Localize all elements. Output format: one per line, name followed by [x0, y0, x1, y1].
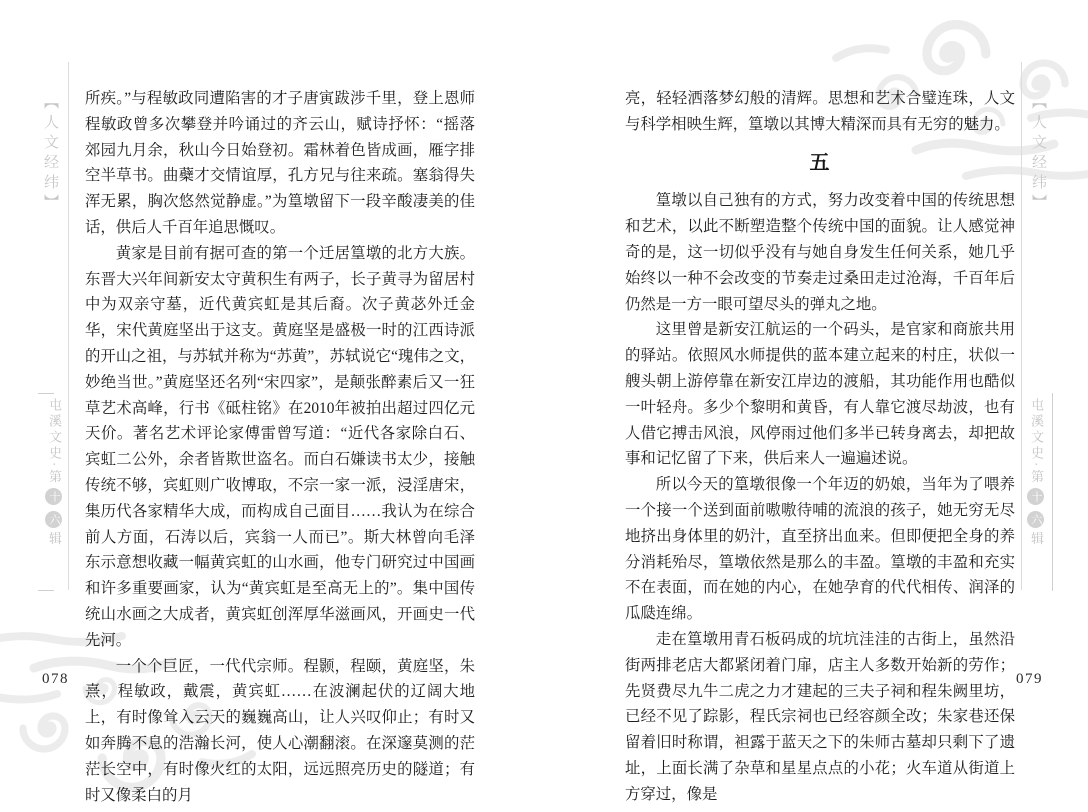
paragraph: 一个个巨匠，一代代宗师。程颢，程颐，黄庭坚，朱熹，程敏政，戴震，黄宾虹……在波澜…	[85, 654, 475, 809]
volume-circled-char: 六	[45, 511, 62, 528]
paragraph: 这里曾是新安江航运的一个码头，是官家和商旅共用的驿站。依照风水师提供的蓝本建立起…	[625, 317, 1015, 472]
paragraph: 走在篁墩用青石板码成的坑坑洼洼的古街上，虽然沿街两排老店大都紧闭着门扉，店主人多…	[625, 627, 1015, 808]
right-page-body: 亮，轻轻洒落梦幻般的清辉。思想和艺术合璧连珠，人文与科学相映生辉，篁墩以其博大精…	[625, 86, 1015, 808]
section-heading: 五	[625, 138, 1015, 189]
volume-circled-char: 六	[1027, 511, 1044, 528]
book-spread: { "decor": { "cloud_color": "#ececec", "…	[0, 0, 1088, 812]
page-number-left: 078	[42, 671, 69, 688]
volume-tick-top-left	[38, 393, 54, 394]
volume-label-left: 屯溪文史·第十六辑	[44, 398, 64, 547]
paragraph: 所以今天的篁墩很像一个年迈的奶娘，当年为了喂养一个接一个送到面前嗷嗷待哺的流浪的…	[625, 472, 1015, 627]
left-page-body: 所疾。”与程敏政同遭陷害的才子唐寅跋涉千里，登上恩师程敏政曾多次攀登并吟诵过的齐…	[85, 86, 475, 808]
volume-tick-right	[1052, 393, 1053, 591]
paragraph: 亮，轻轻洒落梦幻般的清辉。思想和艺术合璧连珠，人文与科学相映生辉，篁墩以其博大精…	[625, 86, 1015, 138]
series-label-left: 【人文经纬】	[40, 94, 60, 214]
volume-suffix: 辑	[47, 531, 62, 547]
right-page-paragraphs: 篁墩以自己独有的方式，努力改变着中国的传统思想和艺术，以此不断塑造整个传统中国的…	[625, 188, 1015, 807]
series-label-right: 【人文经纬】	[1028, 94, 1048, 214]
margin-rule-right	[1021, 62, 1022, 590]
paragraph: 黄家是目前有据可查的第一个迁居篁墩的北方大族。东晋大兴年间新安太守黄积生有两子，…	[85, 241, 475, 654]
volume-circled-char: 十	[1027, 488, 1044, 505]
paragraph: 所疾。”与程敏政同遭陷害的才子唐寅跋涉千里，登上恩师程敏政曾多次攀登并吟诵过的齐…	[85, 86, 475, 241]
volume-circled-char: 十	[45, 488, 62, 505]
volume-prefix: 屯溪文史·第	[1029, 398, 1044, 485]
volume-suffix: 辑	[1029, 531, 1044, 547]
margin-rule-left	[68, 62, 69, 590]
volume-label-right: 屯溪文史·第十六辑	[1026, 398, 1046, 547]
paragraph: 篁墩以自己独有的方式，努力改变着中国的传统思想和艺术，以此不断塑造整个传统中国的…	[625, 188, 1015, 317]
page-number-right: 079	[1016, 671, 1043, 688]
volume-tick-bottom-left	[38, 590, 54, 591]
volume-prefix: 屯溪文史·第	[47, 398, 62, 485]
